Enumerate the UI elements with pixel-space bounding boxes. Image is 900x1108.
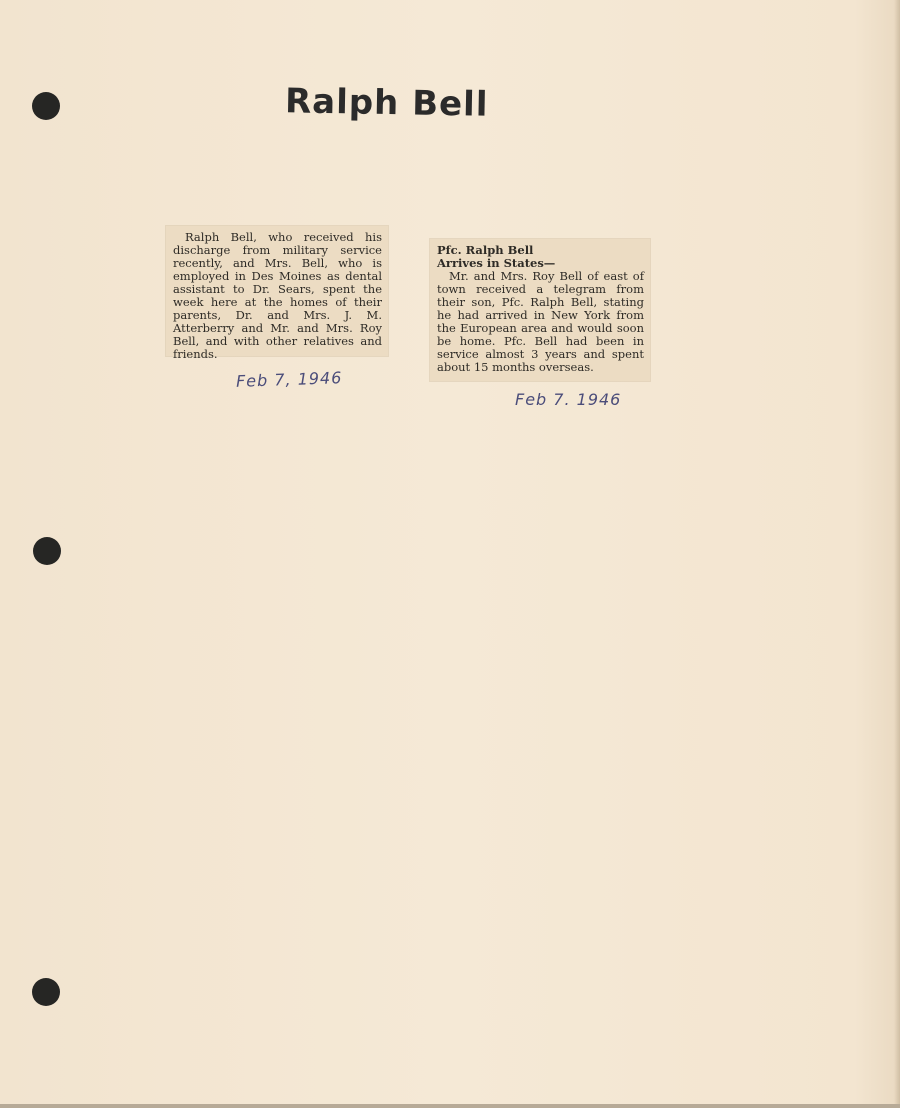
newspaper-clipping-discharge: Ralph Bell, who received his discharge f… xyxy=(166,226,388,356)
binder-hole-middle xyxy=(33,537,61,565)
clipping-body: Mr. and Mrs. Roy Bell of east of town re… xyxy=(437,270,644,374)
newspaper-clipping-arrives: Pfc. Ralph Bell Arrives in States— Mr. a… xyxy=(430,239,650,381)
binder-hole-bottom xyxy=(32,978,60,1006)
page-edge-shadow xyxy=(894,0,900,1108)
page-bottom-edge xyxy=(0,1104,900,1108)
handwritten-date: Feb 7. 1946 xyxy=(515,390,621,409)
clipping-body: Ralph Bell, who received his discharge f… xyxy=(173,231,382,361)
scrapbook-page: Ralph Bell Ralph Bell, who received his … xyxy=(0,0,900,1108)
handwritten-date: Feb 7, 1946 xyxy=(236,368,343,391)
binder-hole-top xyxy=(32,92,60,120)
page-title: Ralph Bell xyxy=(285,81,489,125)
